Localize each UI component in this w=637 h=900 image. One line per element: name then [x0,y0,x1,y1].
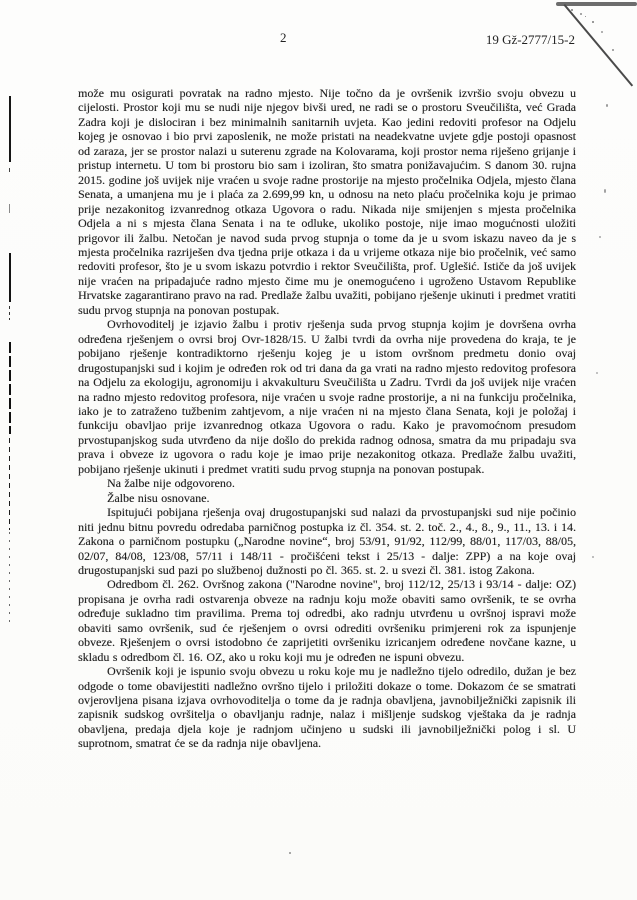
paragraph-ovrhovoditelj-appeal: Ovrhovoditelj je izjavio žalbu i protiv … [78,317,576,476]
scan-speck [596,372,598,374]
page-header: 2 19 Gž-2777/15-2 [78,30,575,48]
scan-smudge-bar [556,2,637,6]
scan-line-segment [9,438,10,530]
paragraph-oz-article-262: Odredbom čl. 262. Ovršnog zakona ("Narod… [78,577,576,664]
scan-speck [601,31,603,33]
scan-speck [606,104,608,107]
paragraph-no-response: Na žalbe nije odgovoreno. [78,476,576,490]
document-body: može mu osigurati povratak na radno mjes… [78,86,576,751]
paragraph-procedural-review: Ispitujući pobijana rješenja ovaj drugos… [78,505,576,577]
scan-speck [592,556,594,558]
case-number: 19 Gž-2777/15-2 [486,32,575,48]
paragraph-appeals-unfounded: Žalbe nisu osnovane. [78,491,576,505]
page-number: 2 [280,30,287,46]
scan-line-segment [9,532,10,626]
scan-line-segment [9,168,10,172]
scan-speck [571,9,573,11]
scanned-document-page: 2 19 Gž-2777/15-2 može mu osigurati povr… [0,0,637,900]
scan-line-segment [9,96,11,162]
paragraph-ovrsenik-obligation: Ovršenik koji je ispunio svoju obvezu u … [78,664,576,751]
scan-line-segment [9,204,10,213]
scan-speck [604,189,606,193]
paragraph-appeal-continuation: može mu osigurati povratak na radno mjes… [78,86,576,317]
scan-line-segment [9,306,10,320]
scan-line-segment [9,342,11,434]
scan-speck [289,852,291,854]
scan-speck [612,49,614,51]
scan-edge-line [9,0,11,900]
scan-line-segment [9,253,11,302]
scan-speck [592,21,594,23]
scan-speck [585,16,586,17]
scan-speck [599,236,601,238]
scan-speck [580,13,582,15]
